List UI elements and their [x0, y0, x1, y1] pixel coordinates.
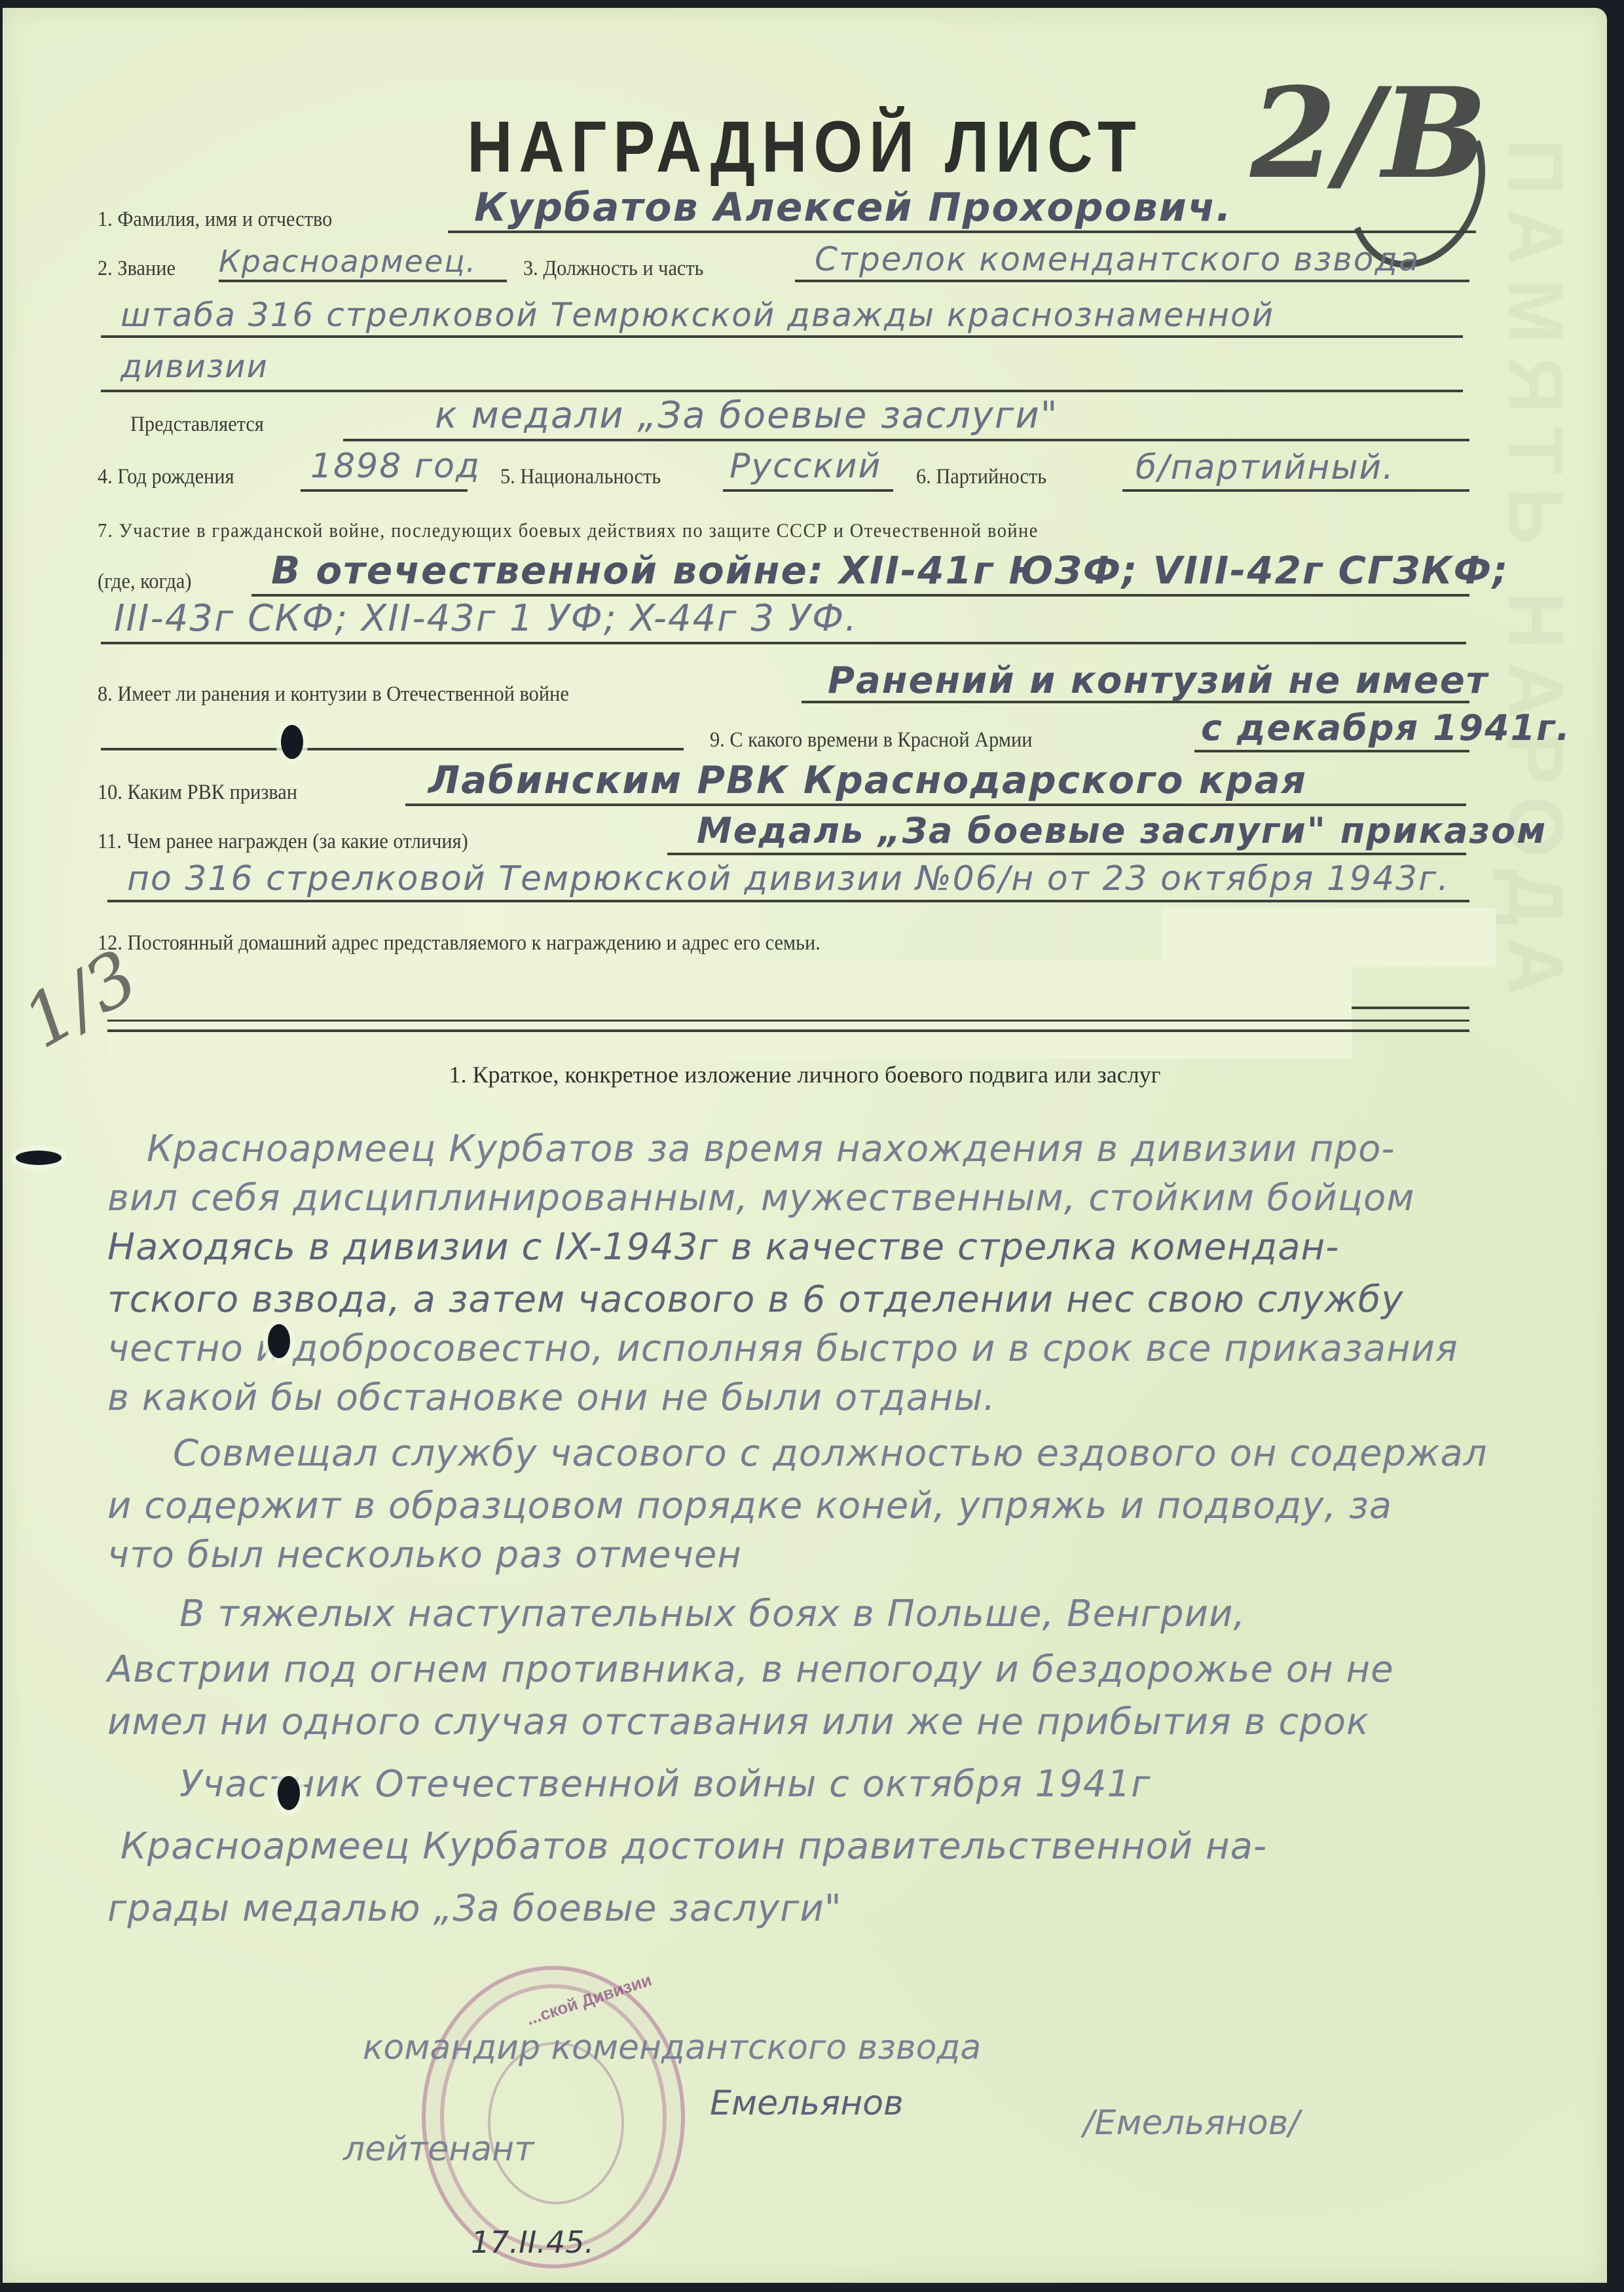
presented-label: Представляется	[130, 413, 264, 437]
body-line: В тяжелых наступательных боях в Польше, …	[179, 1593, 1246, 1635]
official-stamp: ...ской Дивизии	[422, 1966, 685, 2268]
field-8-underline-2	[101, 748, 684, 750]
field-2-value: Красноармеец.	[219, 244, 477, 279]
punch-hole-icon	[281, 725, 303, 759]
field-7-value-line1: В отечественной войне: XII-41г ЮЗФ; VIII…	[271, 548, 1509, 593]
section-title: 1. Краткое, конкретное изложение личного…	[3, 1061, 1607, 1088]
field-6-value: б/партийный.	[1135, 448, 1395, 487]
field-1-underline	[448, 231, 1476, 233]
ink-blot-icon	[16, 1151, 62, 1165]
field-3-value-line1: Стрелок комендантского взвода	[815, 240, 1420, 278]
signature-date: 17.II.45.	[471, 2225, 594, 2260]
field-7-underline	[251, 594, 1469, 597]
field-6-label: 6. Партийность	[916, 465, 1046, 489]
field-11-underline	[667, 853, 1466, 855]
punch-hole-icon	[278, 1776, 300, 1810]
award-sheet: ПАМЯТЬ НАРОДА НАГРАДНОЙ ЛИСТ 2/В 1. Фами…	[3, 8, 1607, 2283]
field-3-value-line3: дивизии	[120, 348, 268, 385]
field-10-value: Лабинским РВК Краснодарского края	[428, 758, 1307, 802]
body-line: Находясь в дивизии с IX-1943г в качестве…	[107, 1226, 1339, 1268]
redacted-area	[1162, 908, 1496, 967]
field-10-underline	[405, 804, 1466, 806]
field-8-value: Ранений и контузий не имеет	[828, 659, 1488, 702]
field-3-value-line2: штаба 316 стрелковой Темрюкской дважды к…	[120, 296, 1274, 334]
field-9-value: с декабря 1941г.	[1201, 707, 1571, 749]
field-3-underline-3	[101, 390, 1463, 392]
field-2-underline	[219, 280, 507, 282]
body-line: имел ни одного случая отставания или же …	[107, 1701, 1369, 1743]
signatory-name: /Емельянов/	[1083, 2103, 1300, 2143]
body-line: Участник Отечественной войны с октября 1…	[179, 1763, 1151, 1805]
field-2-label: 2. Звание	[98, 257, 175, 281]
field-7-label-line1: 7. Участие в гражданской войне, последую…	[98, 519, 1039, 542]
presented-underline	[343, 439, 1469, 441]
body-line: Красноармеец Курбатов достоин правительс…	[120, 1825, 1267, 1868]
field-11-underline-2	[107, 900, 1469, 902]
body-line: вил себя дисциплинированным, мужественны…	[107, 1177, 1415, 1219]
field-1-value: Курбатов Алексей Прохорович.	[474, 185, 1232, 231]
field-5-value: Русский	[729, 447, 881, 486]
field-7-label-line2: (где, когда)	[98, 570, 192, 594]
field-3-underline-2	[101, 335, 1463, 338]
body-line: грады медалью „За боевые заслуги"	[107, 1887, 842, 1930]
presented-value: к медали „За боевые заслуги"	[435, 394, 1059, 437]
field-7-underline-2	[101, 642, 1466, 644]
field-8-label: 8. Имеет ли ранения и контузии в Отечест…	[98, 682, 569, 707]
body-line: и содержит в образцовом порядке коней, у…	[107, 1485, 1392, 1527]
body-line: что был несколько раз отмечен	[107, 1534, 742, 1576]
field-9-label: 9. С какого времени в Красной Армии	[710, 728, 1033, 752]
field-12-underline-3	[107, 1029, 1469, 1032]
field-11-value-line2: по 316 стрелковой Темрюкской дивизии №06…	[127, 859, 1450, 898]
body-line: в какой бы обстановке они не были отданы…	[107, 1377, 995, 1419]
signatory-position: командир комендантского взвода	[363, 2028, 981, 2067]
field-4-value: 1898 год	[310, 447, 481, 486]
punch-hole-icon	[268, 1324, 290, 1358]
body-line: Совмещал службу часового с должностью ез…	[173, 1432, 1488, 1475]
field-1-label: 1. Фамилия, имя и отчество	[98, 208, 332, 232]
field-3-underline	[795, 280, 1469, 282]
field-12-underline	[1352, 1007, 1469, 1009]
signatory-rank: лейтенант	[343, 2130, 534, 2169]
field-4-label: 4. Год рождения	[98, 465, 234, 489]
body-line: Красноармеец Курбатов за время нахождени…	[147, 1128, 1395, 1170]
field-7-value-line2: III-43г СКФ; XII-43г 1 УФ; X-44г 3 УФ.	[114, 597, 858, 640]
field-6-underline	[1122, 489, 1469, 492]
body-line: Австрии под огнем противника, в непогоду…	[107, 1648, 1394, 1691]
stamp-text: ...ской Дивизии	[524, 1970, 654, 2029]
body-line: тского взвода, а затем часового в 6 отде…	[107, 1278, 1403, 1321]
field-12-label: 12. Постоянный домашний адрес представля…	[98, 931, 821, 955]
field-4-underline	[301, 489, 468, 492]
field-11-label: 11. Чем ранее награжден (за какие отличи…	[98, 830, 468, 854]
field-12-underline-2	[107, 1020, 1469, 1022]
field-9-underline	[1194, 750, 1469, 752]
field-11-value-line1: Медаль „За боевые заслуги" приказом	[697, 810, 1547, 851]
field-3-label: 3. Должность и часть	[523, 257, 704, 281]
field-5-underline	[723, 489, 893, 492]
field-10-label: 10. Каким РВК призван	[98, 781, 297, 805]
redacted-area	[107, 961, 1352, 1059]
field-5-label: 5. Национальность	[500, 465, 661, 489]
handwritten-signature: Емельянов	[710, 2084, 904, 2123]
body-line: честно и добросовестно, исполняя быстро …	[107, 1327, 1458, 1370]
